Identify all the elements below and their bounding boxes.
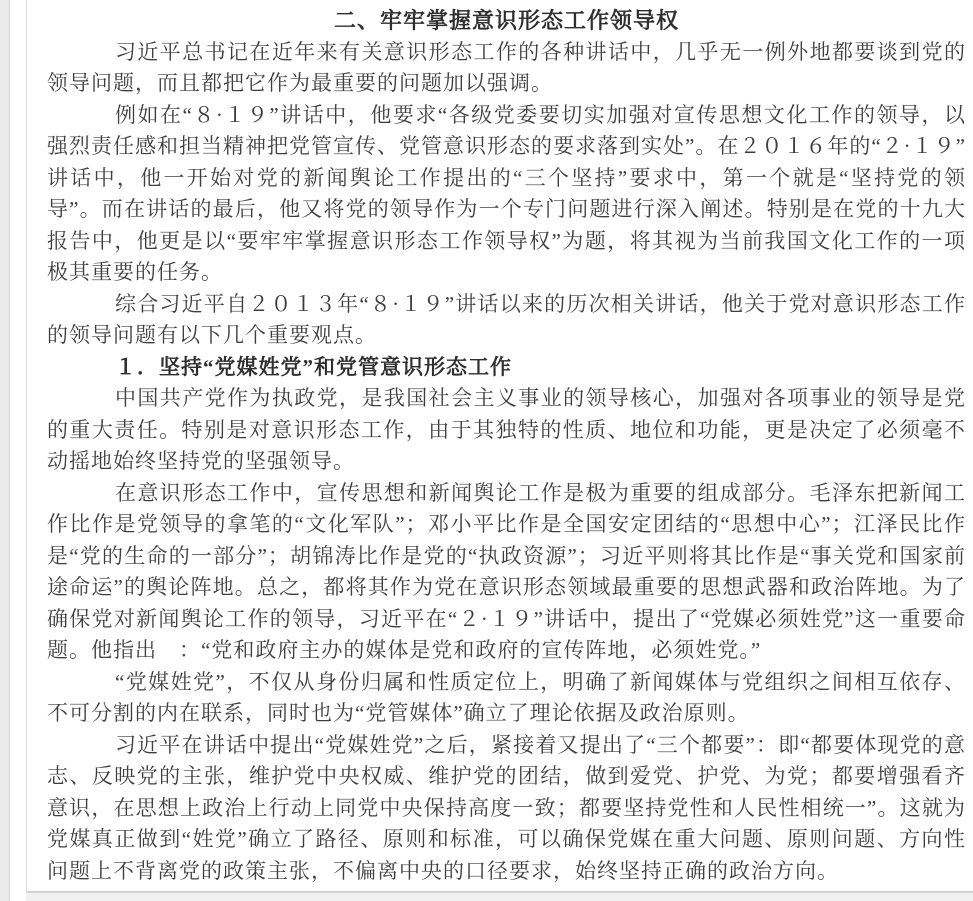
document-page[interactable]: 二、牢牢掌握意识形态工作领导权 习近平总书记在近年来有关意识形态工作的各种讲话中… [26, 0, 973, 893]
body-paragraph-7: 习近平在讲话中提出“党媒姓党”之后，紧接着又提出了“三个都要”：即“都要体现党的… [47, 730, 966, 888]
document-window: { "colors": { "text": "#3e3e3e", "headin… [0, 0, 973, 901]
body-paragraph-1: 习近平总书记在近年来有关意识形态工作的各种讲话中，几乎无一例外地都要谈到党的领导… [47, 37, 966, 100]
page-left-gutter [11, 0, 26, 901]
body-paragraph-2: 例如在“８·１９”讲话中，他要求“各级党委要切实加强对宣传思想文化工作的领导，以… [47, 100, 966, 289]
window-left-edge [0, 0, 10, 901]
body-paragraph-3: 综合习近平自２０１３年“８·１９”讲话以来的历次相关讲话，他关于党对意识形态工作… [47, 289, 966, 352]
document-title: 二、牢牢掌握意识形态工作领导权 [47, 5, 966, 37]
body-paragraph-5: 在意识形态工作中，宣传思想和新闻舆论工作是极为重要的组成部分。毛泽东把新闻工作比… [47, 478, 966, 667]
body-paragraph-6: “党媒姓党”，不仅从身份归属和性质定位上，明确了新闻媒体与党组织之间相互依存、不… [47, 667, 966, 730]
page-bottom-shadow [26, 893, 973, 901]
body-paragraph-4: 中国共产党作为执政党，是我国社会主义事业的领导核心，加强对各项事业的领导是党的重… [47, 383, 966, 478]
section-heading-1: １．坚持“党媒姓党”和党管意识形态工作 [47, 352, 966, 384]
